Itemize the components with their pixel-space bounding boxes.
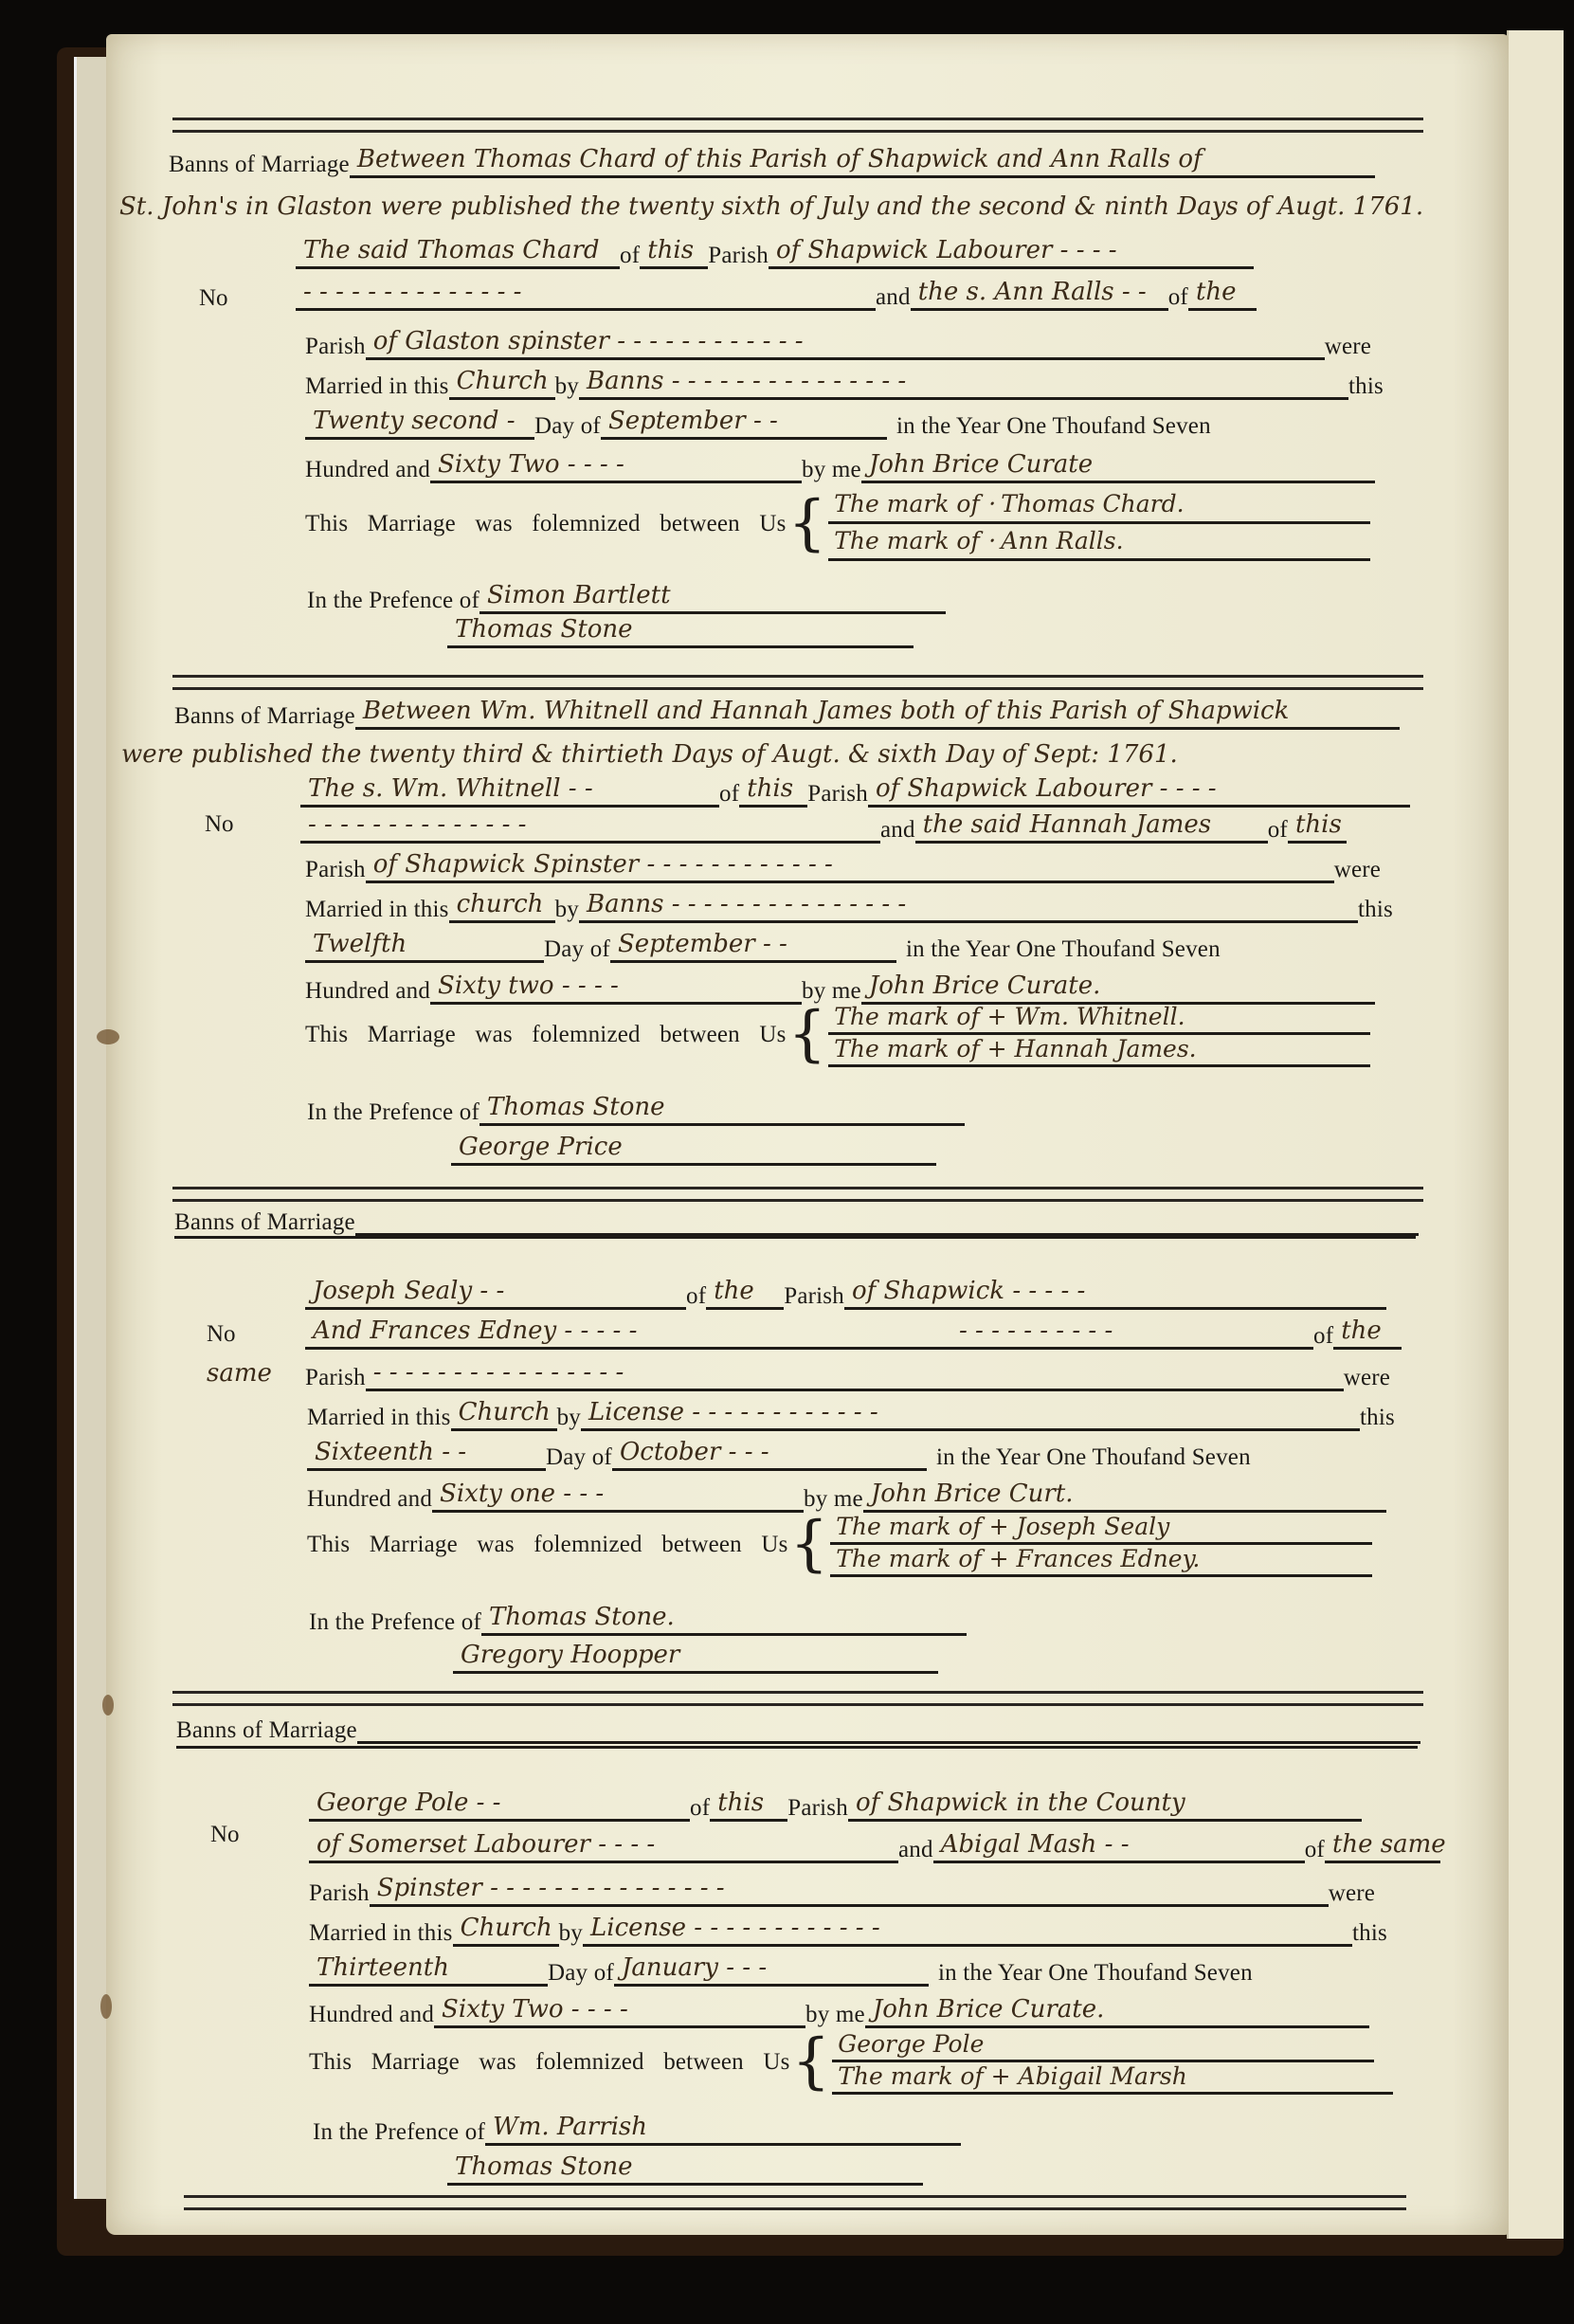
parish-label: Parish [708,243,769,269]
bride-of: the [1333,1317,1402,1350]
of-label: of [1305,1837,1325,1863]
groom-of: the [706,1278,784,1310]
year-label: in the Year One Thoufand Seven [896,413,1211,440]
officiant: John Brice Curate. [861,972,1375,1005]
day-value: Twenty second - [305,408,534,440]
double-rule [172,675,1423,690]
ink-stain [97,1029,119,1044]
by-label: by [555,373,579,400]
marriage-method: Banns - - - - - - - - - - - - - - - [579,891,1358,923]
groom-parish: of Shapwick - - - - - [844,1278,1386,1310]
married-in-label: Married in this [307,1405,451,1431]
day-of-label: Day of [544,936,610,963]
double-rule [172,1691,1423,1706]
entry-number-label: No [210,1822,240,1848]
presence-label: In the Prefence of [307,588,479,614]
hundred-and-label: Hundred and [309,2002,434,2028]
of-label: of [620,243,640,269]
were-label: were [1329,1880,1375,1907]
parish-label: Parish [305,334,366,360]
hundred-and-label: Hundred and [305,457,430,483]
witness-2: Thomas Stone [447,616,914,648]
groom-name: The s. Wm. Whitnell - - [300,775,719,808]
signature-groom: George Pole [832,2030,1374,2062]
register-page: Banns of Marriage Between Thomas Chard o… [106,34,1509,2235]
year-label: in the Year One Thoufand Seven [938,1960,1253,1987]
by-me-label: by me [804,1486,863,1513]
place-of-marriage: Church [449,368,555,400]
officiant: John Brice Curate. [865,1996,1369,2028]
this-label: this [1358,897,1393,923]
day-of-label: Day of [548,1960,614,1987]
of-label: of [686,1283,706,1310]
parish-label: Parish [784,1283,844,1310]
bride-name: the s. Ann Ralls - - [911,279,1168,311]
entry-number-label: No [207,1321,236,1348]
month-value: September - - [601,408,887,440]
by-me-label: by me [802,457,861,483]
ink-stain [100,1994,112,2019]
groom-continuation: - - - - - - - - - - - - - - [300,811,880,844]
were-label: were [1344,1365,1390,1391]
by-label: by [555,897,579,923]
were-label: were [1325,334,1371,360]
solemnized-label: This Marriage was folemnized between Us [307,1532,788,1558]
this-label: this [1360,1405,1395,1431]
were-label: were [1334,857,1381,883]
witness-2: George Price [451,1134,936,1166]
presence-label: In the Prefence of [307,1099,479,1126]
brace-icon: { [788,499,827,548]
by-label: by [557,1405,581,1431]
officiant: John Brice Curt. [863,1480,1386,1513]
married-in-label: Married in this [309,1920,453,1947]
witness-1: Thomas Stone. [481,1604,967,1636]
groom-name: Joseph Sealy - - [305,1278,686,1310]
day-value: Sixteenth - - [307,1439,546,1471]
married-in-label: Married in this [305,373,449,400]
banns-label: Banns of Marriage [174,703,355,730]
of-label: of [1268,817,1288,844]
bride-name: the said Hannah James [915,811,1268,844]
signature-groom: The mark of ⸱ Thomas Chard. [828,487,1370,524]
bride-parish: of Glaston spinster - - - - - - - - - - … [366,328,1325,360]
banns-text-line2 [176,1746,1418,1749]
groom-parish: of Shapwick Labourer - - - - [868,775,1410,808]
parish-label: Parish [807,781,868,808]
groom-continuation: of Somerset Labourer - - - - [309,1831,898,1863]
double-rule-bottom [184,2195,1406,2210]
groom-of: this [710,1789,787,1822]
double-rule [172,118,1423,133]
bride-name: - - - - - - - - - - [951,1317,1313,1350]
month-value: January - - - [614,1954,929,1987]
banns-label: Banns of Marriage [169,152,350,178]
month-value: September - - [610,931,896,963]
year-suffix: Sixty Two - - - - [430,451,802,483]
parish-label: Parish [305,857,366,883]
signature-bride: The mark of + Hannah James. [828,1035,1370,1067]
double-rule [172,1187,1423,1202]
margin-note-same: same [207,1359,272,1388]
signature-bride: The mark of + Abigail Marsh [832,2062,1393,2095]
presence-label: In the Prefence of [309,1609,481,1636]
brace-icon: { [792,2038,831,2086]
entry-number-label: No [205,811,234,838]
day-of-label: Day of [534,413,601,440]
and-label: and [880,817,915,844]
day-value: Thirteenth [309,1954,548,1987]
year-label: in the Year One Thoufand Seven [936,1444,1251,1471]
and-label: and [898,1837,933,1863]
signature-bride: The mark of + Frances Edney. [830,1545,1372,1577]
marriage-method: License - - - - - - - - - - - - [581,1399,1360,1431]
banns-text-line2 [174,1236,1416,1239]
signature-bride: The mark of ⸱ Ann Ralls. [828,524,1370,561]
by-label: by [559,1920,583,1947]
solemnized-label: This Marriage was folemnized between Us [305,1022,787,1048]
marriage-method: Banns - - - - - - - - - - - - - - - [579,368,1348,400]
witness-1: Thomas Stone [479,1094,965,1126]
groom-parish: of Shapwick in the County [848,1789,1362,1822]
marriage-method: License - - - - - - - - - - - - [583,1915,1352,1947]
facing-page-edge [1507,30,1564,2239]
witness-2: Gregory Hoopper [453,1642,938,1674]
brace-icon: { [788,1010,827,1059]
signature-groom: The mark of + Joseph Sealy [830,1513,1372,1545]
banns-label: Banns of Marriage [174,1209,355,1236]
parish-label: Parish [787,1795,848,1822]
bride-parish: Spinster - - - - - - - - - - - - - - - [370,1875,1329,1907]
ink-stain [102,1695,114,1716]
groom-of: this [739,775,807,808]
place-of-marriage: church [449,891,555,923]
year-label: in the Year One Thoufand Seven [906,936,1221,963]
hundred-and-label: Hundred and [305,978,430,1005]
bride-name: Abigal Mash - - [933,1831,1305,1863]
of-label: of [1313,1323,1333,1350]
groom-continuation: - - - - - - - - - - - - - - [296,279,876,311]
groom-of: this [640,237,708,269]
month-value: October - - - [612,1439,927,1471]
banns-text-line2: were published the twenty third & thirti… [114,741,1433,771]
witness-1: Wm. Parrish [485,2114,961,2146]
entry-number-label: No [199,285,228,312]
day-of-label: Day of [546,1444,612,1471]
day-value: Twelfth [305,931,544,963]
officiant: John Brice Curate [861,451,1375,483]
this-label: this [1348,373,1384,400]
year-suffix: Sixty one - - - [432,1480,804,1513]
of-label: of [1168,284,1188,311]
by-me-label: by me [805,2002,865,2028]
banns-text-line1: Between Thomas Chard of this Parish of S… [350,146,1375,178]
parish-label: Parish [305,1365,366,1391]
married-in-label: Married in this [305,897,449,923]
banns-label: Banns of Marriage [176,1717,357,1744]
and-label: and [876,284,911,311]
this-label: this [1352,1920,1387,1947]
bride-of: this [1288,811,1347,844]
hundred-and-label: Hundred and [307,1486,432,1513]
witness-2: Thomas Stone [447,2153,923,2186]
year-suffix: Sixty Two - - - - [434,1996,805,2028]
groom-name: George Pole - - [309,1789,690,1822]
brace-icon: { [790,1520,829,1569]
bride-of: the [1188,279,1257,311]
of-label: of [690,1795,710,1822]
witness-1: Simon Bartlett [479,582,946,614]
bride-parish: of Shapwick Spinster - - - - - - - - - -… [366,851,1334,883]
banns-text-line1 [357,1739,1420,1744]
groom-name: The said Thomas Chard [296,237,620,269]
bride-parish: - - - - - - - - - - - - - - - - [366,1359,1344,1391]
banns-text-line1: Between Wm. Whitnell and Hannah James bo… [355,698,1400,730]
bride-of: the same [1325,1831,1440,1863]
solemnized-label: This Marriage was folemnized between Us [305,511,787,537]
presence-label: In the Prefence of [313,2119,485,2146]
groom-parish: of Shapwick Labourer - - - - [769,237,1254,269]
signature-groom: The mark of + Wm. Whitnell. [828,1003,1370,1035]
place-of-marriage: Church [453,1915,559,1947]
solemnized-label: This Marriage was folemnized between Us [309,2049,790,2076]
of-label: of [719,781,739,808]
parish-label: Parish [309,1880,370,1907]
place-of-marriage: Church [451,1399,557,1431]
banns-text-line2: St. John's in Glaston were published the… [112,193,1431,223]
year-suffix: Sixty two - - - - [430,972,802,1005]
groom-continuation: And Frances Edney - - - - - [305,1317,951,1350]
